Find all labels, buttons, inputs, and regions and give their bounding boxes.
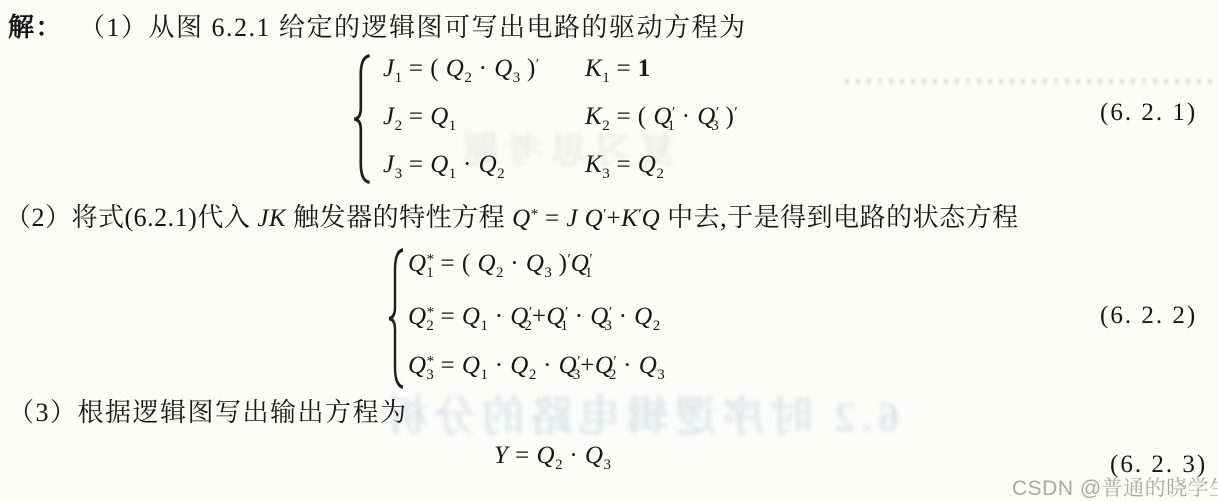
page-showthrough-text-large: 6.2 时序逻辑电路的分析 bbox=[380, 384, 899, 444]
step2-paragraph: （2）将式(6.2.1)代入 JK 触发器的特性方程 Q* = J Q′+K′Q… bbox=[5, 197, 1019, 234]
equation-k2: K2 = ( Q′1 · Q′3 )′ bbox=[585, 103, 738, 135]
drive-eq-row-1: J1 = ( Q2 · Q3 )′ K1 = 1 bbox=[383, 55, 539, 87]
output-equation: Y = Q2 · Q3 bbox=[494, 442, 611, 474]
drive-eq-row-2: J2 = Q1 K2 = ( Q′1 · Q′3 )′ bbox=[383, 103, 456, 135]
jk-flipflop-symbol: JK bbox=[257, 205, 286, 232]
step2-text-mid: 触发器的特性方程 bbox=[286, 203, 512, 232]
step3-text: （3）根据逻辑图写出输出方程为 bbox=[8, 398, 408, 427]
equation-k3: K3 = Q2 bbox=[585, 151, 664, 183]
equation-number-6-2-1: (6. 2. 1) bbox=[1100, 99, 1197, 127]
state-eq-row-3: Q*3 = Q1 · Q2 · Q′3+Q′2 · Q3 bbox=[408, 352, 665, 384]
scan-smudge-line bbox=[845, 78, 1218, 84]
equation-q1-next: Q*1 = ( Q2 · Q3 )′Q′1 bbox=[408, 250, 592, 277]
csdn-watermark: CSDN @普通的晓学生 bbox=[1012, 472, 1218, 501]
opening-brace-drive-equations bbox=[352, 53, 374, 185]
equation-k1: K1 = 1 bbox=[585, 55, 651, 87]
step2-text-after: 中去,于是得到电路的状态方程 bbox=[660, 203, 1019, 232]
step2-text-before: （2）将式(6.2.1)代入 bbox=[5, 203, 257, 232]
state-eq-row-2: Q*2 = Q1 · Q′2+Q′1 · Q′3 · Q2 bbox=[408, 303, 660, 335]
scanned-textbook-page: 复习思考题 6.2 时序逻辑电路的分析 解：（1）从图 6.2.1 给定的逻辑图… bbox=[0, 0, 1218, 501]
opening-brace-state-equations bbox=[387, 247, 407, 390]
equation-j3: J3 = Q1 · Q2 bbox=[383, 151, 505, 178]
equation-number-6-2-2: (6. 2. 2) bbox=[1100, 302, 1197, 330]
equation-q3-next: Q*3 = Q1 · Q2 · Q′3+Q′2 · Q3 bbox=[408, 352, 665, 379]
step1-paragraph: 解：（1）从图 6.2.1 给定的逻辑图可写出电路的驱动方程为 bbox=[8, 7, 747, 44]
step1-text: （1）从图 6.2.1 给定的逻辑图可写出电路的驱动方程为 bbox=[79, 13, 747, 42]
drive-eq-row-3: J3 = Q1 · Q2 K3 = Q2 bbox=[383, 151, 505, 183]
step3-paragraph: （3）根据逻辑图写出输出方程为 bbox=[8, 392, 408, 429]
state-eq-row-1: Q*1 = ( Q2 · Q3 )′Q′1 bbox=[408, 250, 592, 282]
characteristic-equation: Q* = J Q′+K′Q bbox=[512, 205, 660, 232]
solution-label: 解： bbox=[8, 13, 63, 42]
equation-q2-next: Q*2 = Q1 · Q′2+Q′1 · Q′3 · Q2 bbox=[408, 303, 660, 330]
equation-j1: J1 = ( Q2 · Q3 )′ bbox=[383, 55, 539, 82]
equation-j2: J2 = Q1 bbox=[383, 103, 456, 130]
